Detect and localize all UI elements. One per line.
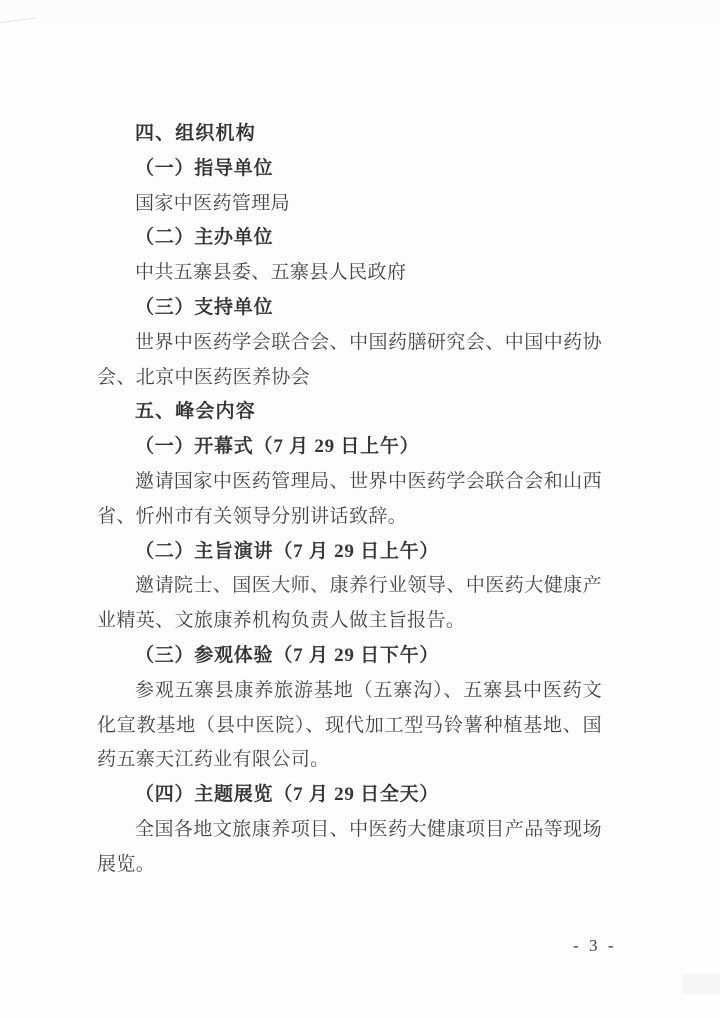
page-number: - 3 - <box>573 936 617 956</box>
paragraph-exhibition: 全国各地文旅康养项目、中医药大健康项目产品等现场展览。 <box>97 813 602 883</box>
document-body: 四、组织机构 （一）指导单位 国家中医药管理局 （二）主办单位 中共五寨县委、五… <box>97 117 602 883</box>
paragraph-support-unit: 世界中医药学会联合会、中国药膳研究会、中国中药协会、北京中医药医养协会 <box>97 326 602 396</box>
paragraph-opening: 邀请国家中医药管理局、世界中医药学会联合会和山西省、忻州市有关领导分别讲话致辞。 <box>97 465 602 535</box>
paragraph-visit: 参观五寨县康养旅游基地（五寨沟）、五寨县中医药文化宣教基地（县中医院）、现代加工… <box>97 674 602 778</box>
document-page: 四、组织机构 （一）指导单位 国家中医药管理局 （二）主办单位 中共五寨县委、五… <box>0 0 720 1018</box>
subheading-exhibition: （四）主题展览（7 月 29 日全天） <box>97 778 602 813</box>
subheading-visit: （三）参观体验（7 月 29 日下午） <box>97 639 602 674</box>
paragraph-guiding-unit: 国家中医药管理局 <box>97 187 602 222</box>
subheading-opening: （一）开幕式（7 月 29 日上午） <box>97 430 602 465</box>
subheading-host-unit: （二）主办单位 <box>97 221 602 256</box>
paragraph-host-unit: 中共五寨县委、五寨县人民政府 <box>97 256 602 291</box>
scan-edge-tint <box>0 0 720 24</box>
subheading-support-unit: （三）支持单位 <box>97 291 602 326</box>
section-heading-5: 五、峰会内容 <box>97 395 602 430</box>
scan-smudge-artifact <box>683 974 720 994</box>
subheading-keynote: （二）主旨演讲（7 月 29 日上午） <box>97 535 602 570</box>
paragraph-keynote: 邀请院士、国医大师、康养行业领导、中医药大健康产业精英、文旅康养机构负责人做主旨… <box>97 569 602 639</box>
subheading-guiding-unit: （一）指导单位 <box>97 152 602 187</box>
section-heading-4: 四、组织机构 <box>97 117 602 152</box>
